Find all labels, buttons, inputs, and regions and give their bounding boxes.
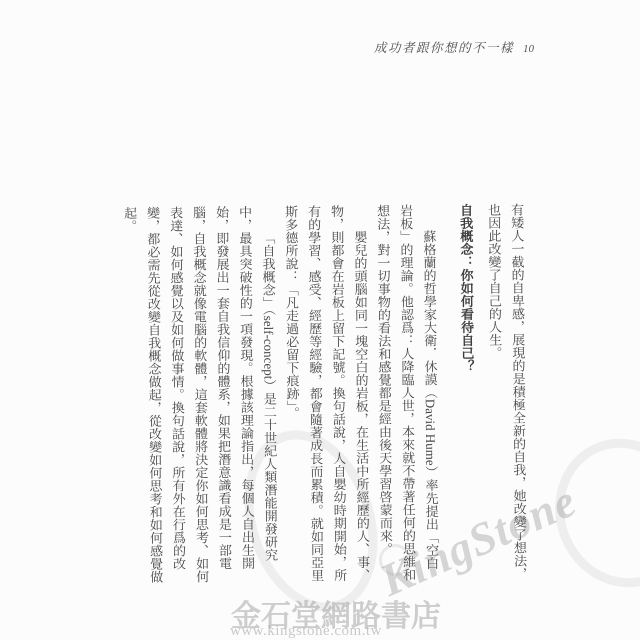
page-number: 10 xyxy=(523,43,534,55)
paragraph-hume: 蘇格蘭的哲學家大衛．休謨（David Hume）率先提出「空白岩板」的理論。他認… xyxy=(371,204,443,583)
paragraph-self-concept: 「自我概念」（self-concept）是二十世紀人類潛能開發研究中，最具突破性… xyxy=(118,205,282,584)
store-url-watermark: www.kingstone.com.tw xyxy=(230,623,382,640)
paragraph-continuation: 有矮人一截的自卑感，展現的是積極全新的自我，她改變了想法，也因此改變了自己的人生… xyxy=(482,203,531,581)
running-title: 成功者跟你想的不一樣 xyxy=(374,41,514,55)
body-text: 有矮人一截的自卑感，展現的是積極全新的自我，她改變了想法，也因此改變了自己的人生… xyxy=(118,203,531,585)
store-name-watermark: 金石堂網路書店 xyxy=(231,591,441,635)
running-head: 成功者跟你想的不一樣10 xyxy=(374,38,534,56)
section-heading: 自我概念：你如何看待自己？ xyxy=(454,203,480,581)
paragraph-blank-slate: 嬰兒的頭腦如同一塊空白的岩板，在生活中所經歷的人、事、物，則都會在岩板上留下記號… xyxy=(279,204,374,583)
watermark-swoosh-right xyxy=(534,419,640,606)
